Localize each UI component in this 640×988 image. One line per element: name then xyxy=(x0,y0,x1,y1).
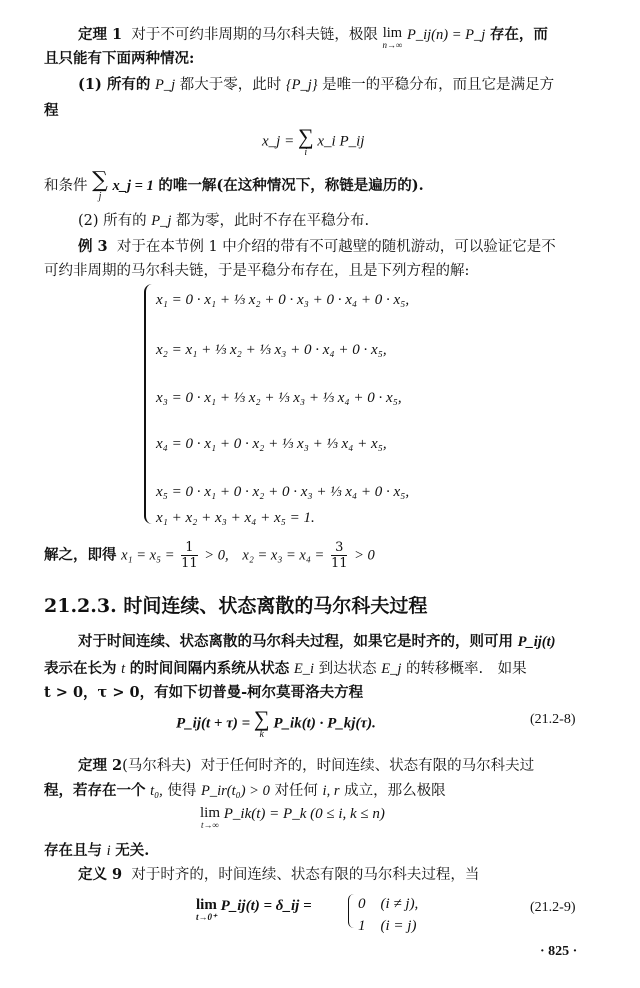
theorem2-text: 无关. xyxy=(115,842,149,859)
state-ei: E_i xyxy=(294,661,314,677)
limit-expression: limt→∞ xyxy=(200,806,220,830)
example3-line1: 例 3 对于在本节例 1 中介绍的带有不可越壁的随机游动，可以验证它是不 xyxy=(78,238,556,256)
numerator: 3 xyxy=(331,540,348,556)
para-text: 对于时间连续、状态离散的马尔科夫过程，如果它是时齐的，则可用 xyxy=(78,633,513,650)
t-symbol: t xyxy=(121,661,125,677)
theorem2-line2: 程，若存在一个 t₀, 使得 P_ir(t₀) > 0 对任何 i, r 成立，… xyxy=(44,782,446,800)
section-para-line1: 对于时间连续、状态离散的马尔科夫过程，如果它是时齐的，则可用 P_ij(t) xyxy=(78,633,555,651)
ck-rhs: P_ik(t) · P_kj(τ). xyxy=(273,715,375,731)
definition9-case1: 0 (i ≠ j), xyxy=(358,892,418,913)
theorem1-label: 定理 1 xyxy=(78,26,122,43)
system-eq-6: x₁ + x₂ + x₃ + x₄ + x₅ = 1. xyxy=(156,510,315,527)
sum-index: j xyxy=(92,192,108,202)
solution-expr1: x₁ = x₅ = xyxy=(121,548,174,564)
theorem1-condition: 和条件 ∑j x_j = 1 的唯一解(在这种情况下，称链是遍历的). xyxy=(44,170,424,202)
fraction-1-11: 111 xyxy=(181,540,198,571)
system-eq-1: x₁ = 0 · x₁ + ⅓ x₂ + 0 · x₃ + 0 · x₄ + 0… xyxy=(156,292,409,309)
para-text: 表示在长为 xyxy=(44,660,117,677)
theorem1-text: 对于不可约非周期的马尔科夫链，极限 xyxy=(131,27,378,43)
i-symbol: i xyxy=(107,843,111,859)
solution-expr2: x₂ = x₃ = x₄ = xyxy=(242,548,324,564)
system-eq-5: x₅ = 0 · x₁ + 0 · x₂ + 0 · x₃ + ⅓ x₄ + 0… xyxy=(156,484,409,501)
limit-value: P_ik(t) = P_k (0 ≤ i, k ≤ n) xyxy=(224,806,385,822)
ck-lhs: P_ij(t + τ) = xyxy=(176,715,250,731)
system-eq-2: x₂ = x₁ + ⅓ x₂ + ⅓ x₃ + 0 · x₄ + 0 · x₅, xyxy=(156,342,387,359)
limit-expression: limt→0⁺ xyxy=(196,898,217,922)
case1-text: 都大于零，此时 xyxy=(180,77,282,93)
case1-text2: 是唯一的平稳分布，而且它是满足方 xyxy=(322,77,554,93)
section-para-line3: t > 0，τ > 0，有如下切普曼-柯尔莫哥洛夫方程 xyxy=(44,684,363,702)
condition-text2: 的唯一解(在这种情况下，称链是遍历的). xyxy=(158,177,423,194)
sum-symbol: ∑j xyxy=(92,170,108,202)
definition9-case2: 1 (i = j) xyxy=(358,914,416,935)
theorem2-text: 对于任何时齐的，时间连续、状态有限的马尔科夫过 xyxy=(201,758,535,774)
theorem1-line2: 且只能有下面两种情况: xyxy=(44,50,194,68)
lim-word: lim xyxy=(200,806,220,821)
theorem2-line3: 存在且与 i 无关. xyxy=(44,842,149,860)
limit-expression: limn→∞ xyxy=(382,26,402,50)
denominator: 11 xyxy=(181,556,198,571)
system-eq-3: x₃ = 0 · x₁ + ⅓ x₂ + ⅓ x₃ + ⅓ x₄ + 0 · x… xyxy=(156,390,402,407)
theorem2-label: 定理 2 xyxy=(78,757,122,774)
solution-text: 解之，即得 xyxy=(44,547,117,564)
solution-ineq2: > 0 xyxy=(354,548,375,564)
equation-number-21-2-9: (21.2-9) xyxy=(530,900,576,916)
pij-t: P_ij(t) xyxy=(518,634,556,650)
system-eq-4: x₄ = 0 · x₁ + 0 · x₂ + ⅓ x₃ + ⅓ x₄ + x₅, xyxy=(156,436,387,453)
theorem1-line1: 定理 1 对于不可约非周期的马尔科夫链，极限 limn→∞ P_ij(n) = … xyxy=(78,26,548,50)
para-text: 的转移概率. 如果 xyxy=(406,661,527,677)
theorem2-text: 使得 xyxy=(167,783,196,799)
theorem2-text: 成立，那么极限 xyxy=(344,783,446,799)
theorem2-attribution: (马尔科夫) xyxy=(122,758,191,774)
sum-symbol: ∑k xyxy=(254,708,270,740)
definition9-line1: 定义 9 对于时齐的，时间连续、状态有限的马尔科夫过程，当 xyxy=(78,866,479,884)
condition-expr: x_j = 1 xyxy=(112,178,153,194)
definition9-limit: limt→0⁺ P_ij(t) = δ_ij = xyxy=(196,898,312,922)
condition-text: 和条件 xyxy=(44,178,88,194)
theorem2-line1: 定理 2(马尔科夫) 对于任何时齐的，时间连续、状态有限的马尔科夫过 xyxy=(78,757,534,775)
lim-subscript: t→∞ xyxy=(200,821,220,830)
para-text: 的时间间隔内系统从状态 xyxy=(130,660,290,677)
lim-word: lim xyxy=(382,26,402,41)
ir-symbols: i, r xyxy=(323,783,340,799)
system-brace xyxy=(144,284,154,524)
state-ej: E_j xyxy=(381,661,401,677)
eq-lhs: x_j = xyxy=(262,133,294,149)
t0-symbol: t₀, xyxy=(150,783,163,799)
theorem2-text: 对任何 xyxy=(274,783,318,799)
eq-rhs: x_i P_ij xyxy=(317,133,364,149)
pj-symbol: P_j xyxy=(155,77,175,93)
sum-symbol: ∑i xyxy=(298,126,314,158)
lim-subscript: n→∞ xyxy=(382,41,402,50)
equation-number-21-2-8: (21.2-8) xyxy=(530,712,576,728)
denominator: 11 xyxy=(331,556,348,571)
case2-text: 都为零，此时不存在平稳分布. xyxy=(176,213,369,229)
theorem2-text: 存在且与 xyxy=(44,842,102,859)
example3-label: 例 3 xyxy=(78,238,108,255)
definition9-label: 定义 9 xyxy=(78,866,122,883)
fraction-3-11: 311 xyxy=(331,540,348,571)
theorem2-limit: limt→∞ P_ik(t) = P_k (0 ≤ i, k ≤ n) xyxy=(200,806,385,830)
lim-word: lim xyxy=(196,898,217,913)
limit-value: P_ij(n) = P_j xyxy=(407,27,485,43)
example3-solution: 解之，即得 x₁ = x₅ = 111 > 0, x₂ = x₃ = x₄ = … xyxy=(44,540,375,571)
theorem1-case2: (2) 所有的 P_j 都为零，此时不存在平稳分布. xyxy=(78,212,369,230)
example3-line2: 可约非周期的马尔科夫链，于是平稳分布存在，且是下列方程的解: xyxy=(44,262,469,280)
cases-brace xyxy=(348,894,355,928)
theorem1-text-end: 存在，而 xyxy=(490,26,548,43)
limit-value: P_ij(t) = δ_ij = xyxy=(221,898,312,914)
sum-index: k xyxy=(254,730,270,740)
lim-subscript: t→0⁺ xyxy=(196,913,217,922)
case2-label: (2) 所有的 xyxy=(78,213,147,229)
theorem1-case1-cont: 程 xyxy=(44,102,59,120)
solution-ineq1: > 0, xyxy=(204,548,228,564)
pj-set: {P_j} xyxy=(286,77,318,93)
example3-text: 对于在本节例 1 中介绍的带有不可越壁的随机游动，可以验证它是不 xyxy=(117,239,556,255)
page-number: · 825 · xyxy=(540,944,577,960)
case1-label: (1) 所有的 xyxy=(78,76,150,93)
stationary-equation: x_j = ∑i x_i P_ij xyxy=(262,126,364,158)
section-heading: 21.2.3. 时间连续、状态离散的马尔科夫过程 xyxy=(44,591,427,618)
chapman-kolmogorov-equation: P_ij(t + τ) = ∑k P_ik(t) · P_kj(τ). xyxy=(176,708,376,740)
para-text: 到达状态 xyxy=(319,661,377,677)
definition9-text: 对于时齐的，时间连续、状态有限的马尔科夫过程，当 xyxy=(131,867,479,883)
sum-index: i xyxy=(298,148,314,158)
pj-symbol: P_j xyxy=(151,213,171,229)
theorem1-case1: (1) 所有的 P_j 都大于零，此时 {P_j} 是唯一的平稳分布，而且它是满… xyxy=(78,76,554,94)
numerator: 1 xyxy=(181,540,198,556)
theorem2-text: 程，若存在一个 xyxy=(44,782,146,799)
theorem2-condition: P_ir(t₀) > 0 xyxy=(201,783,270,799)
section-para-line2: 表示在长为 t 的时间间隔内系统从状态 E_i 到达状态 E_j 的转移概率. … xyxy=(44,660,527,678)
